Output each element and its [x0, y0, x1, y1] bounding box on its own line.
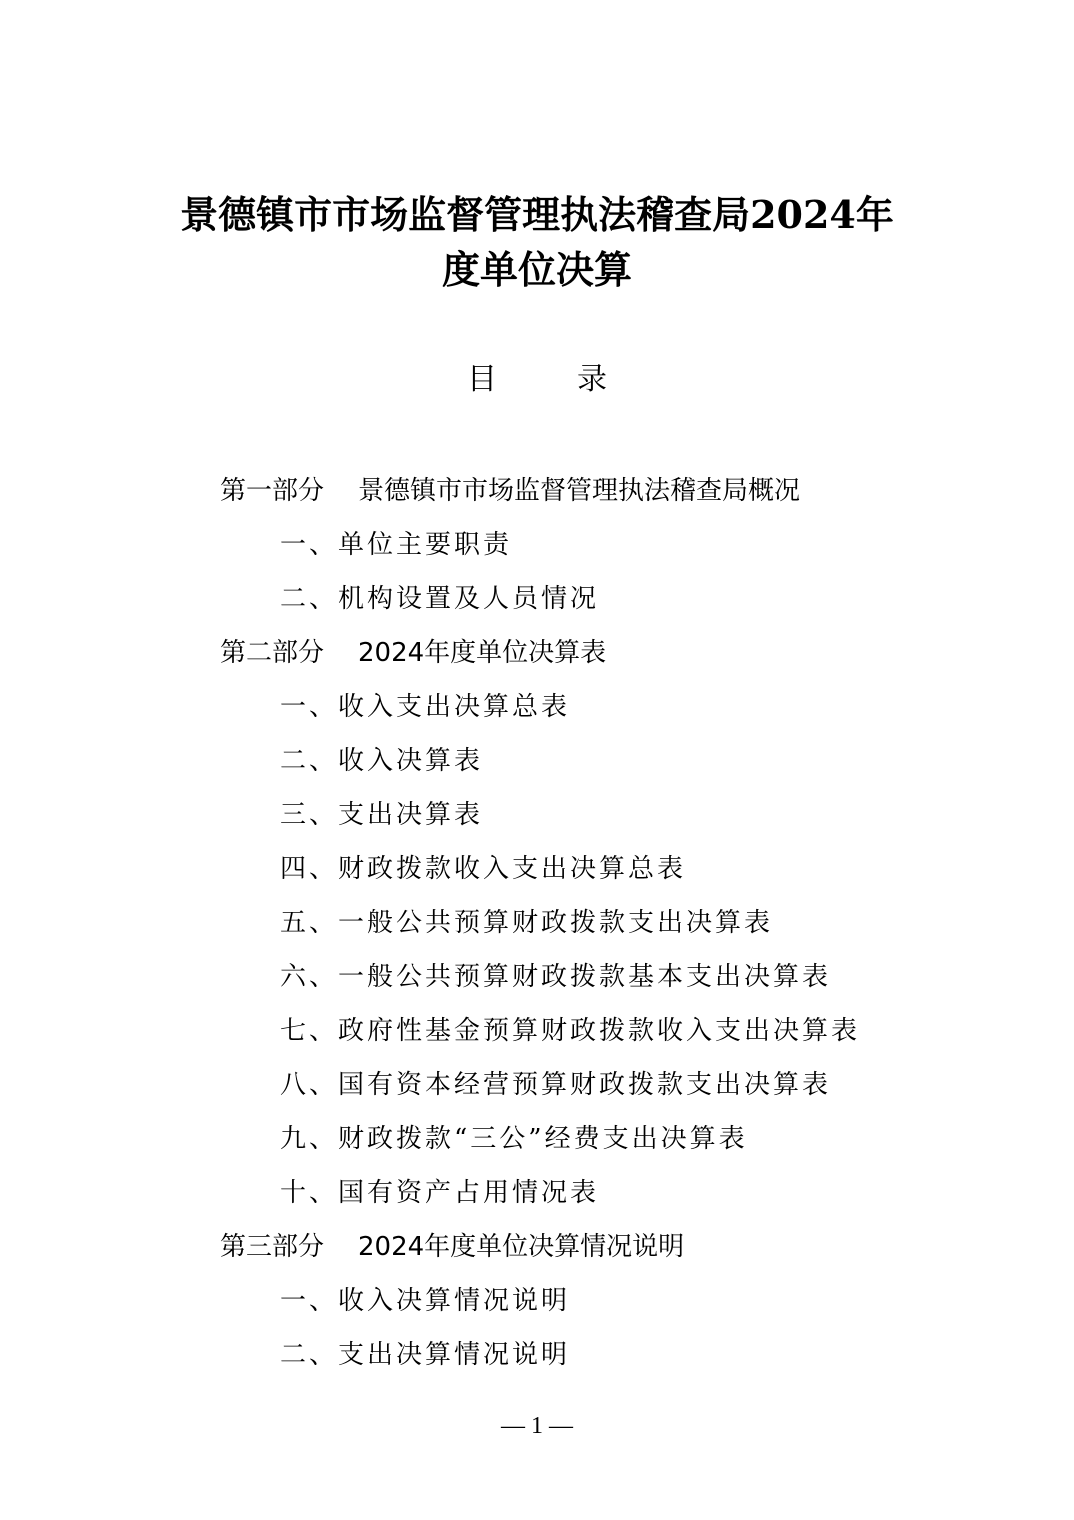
document-title-line-2: 度单位决算 — [0, 240, 1074, 300]
toc-item: 四、财政拨款收入支出决算总表 — [280, 849, 686, 889]
toc-part-3: 第三部分2024年度单位决算情况说明 — [220, 1227, 684, 1267]
toc-heading: 目录 — [0, 355, 1074, 405]
toc-item: 五、一般公共预算财政拨款支出决算表 — [280, 903, 773, 943]
part-label: 第一部分 — [220, 476, 324, 506]
toc-item: 一、收入决算情况说明 — [280, 1281, 570, 1321]
toc-heading-char-1: 目 — [467, 355, 497, 405]
part-title: 2024年度单位决算情况说明 — [358, 1232, 684, 1262]
toc-item: 八、国有资本经营预算财政拨款支出决算表 — [280, 1065, 831, 1105]
toc-item: 三、支出决算表 — [280, 795, 483, 835]
toc-part-1: 第一部分景德镇市市场监督管理执法稽查局概况 — [220, 471, 800, 511]
toc-part-2: 第二部分2024年度单位决算表 — [220, 633, 606, 673]
part-label: 第二部分 — [220, 638, 324, 668]
toc-item: 七、政府性基金预算财政拨款收入支出决算表 — [280, 1011, 860, 1051]
toc-item: 二、机构设置及人员情况 — [280, 579, 599, 619]
document-title-line-1: 景德镇市市场监督管理执法稽查局2024年 — [0, 185, 1074, 245]
toc-item: 二、收入决算表 — [280, 741, 483, 781]
toc-item: 二、支出决算情况说明 — [280, 1335, 570, 1375]
toc-item: 九、财政拨款“三公”经费支出决算表 — [280, 1119, 748, 1159]
part-title: 景德镇市市场监督管理执法稽查局概况 — [358, 476, 800, 506]
toc-item: 一、收入支出决算总表 — [280, 687, 570, 727]
part-label: 第三部分 — [220, 1232, 324, 1262]
toc-item: 一、单位主要职责 — [280, 525, 512, 565]
toc-item: 六、一般公共预算财政拨款基本支出决算表 — [280, 957, 831, 997]
part-title: 2024年度单位决算表 — [358, 638, 606, 668]
toc-heading-char-2: 录 — [577, 355, 607, 405]
page-number: — 1 — — [0, 1408, 1074, 1444]
toc-item: 十、国有资产占用情况表 — [280, 1173, 599, 1213]
